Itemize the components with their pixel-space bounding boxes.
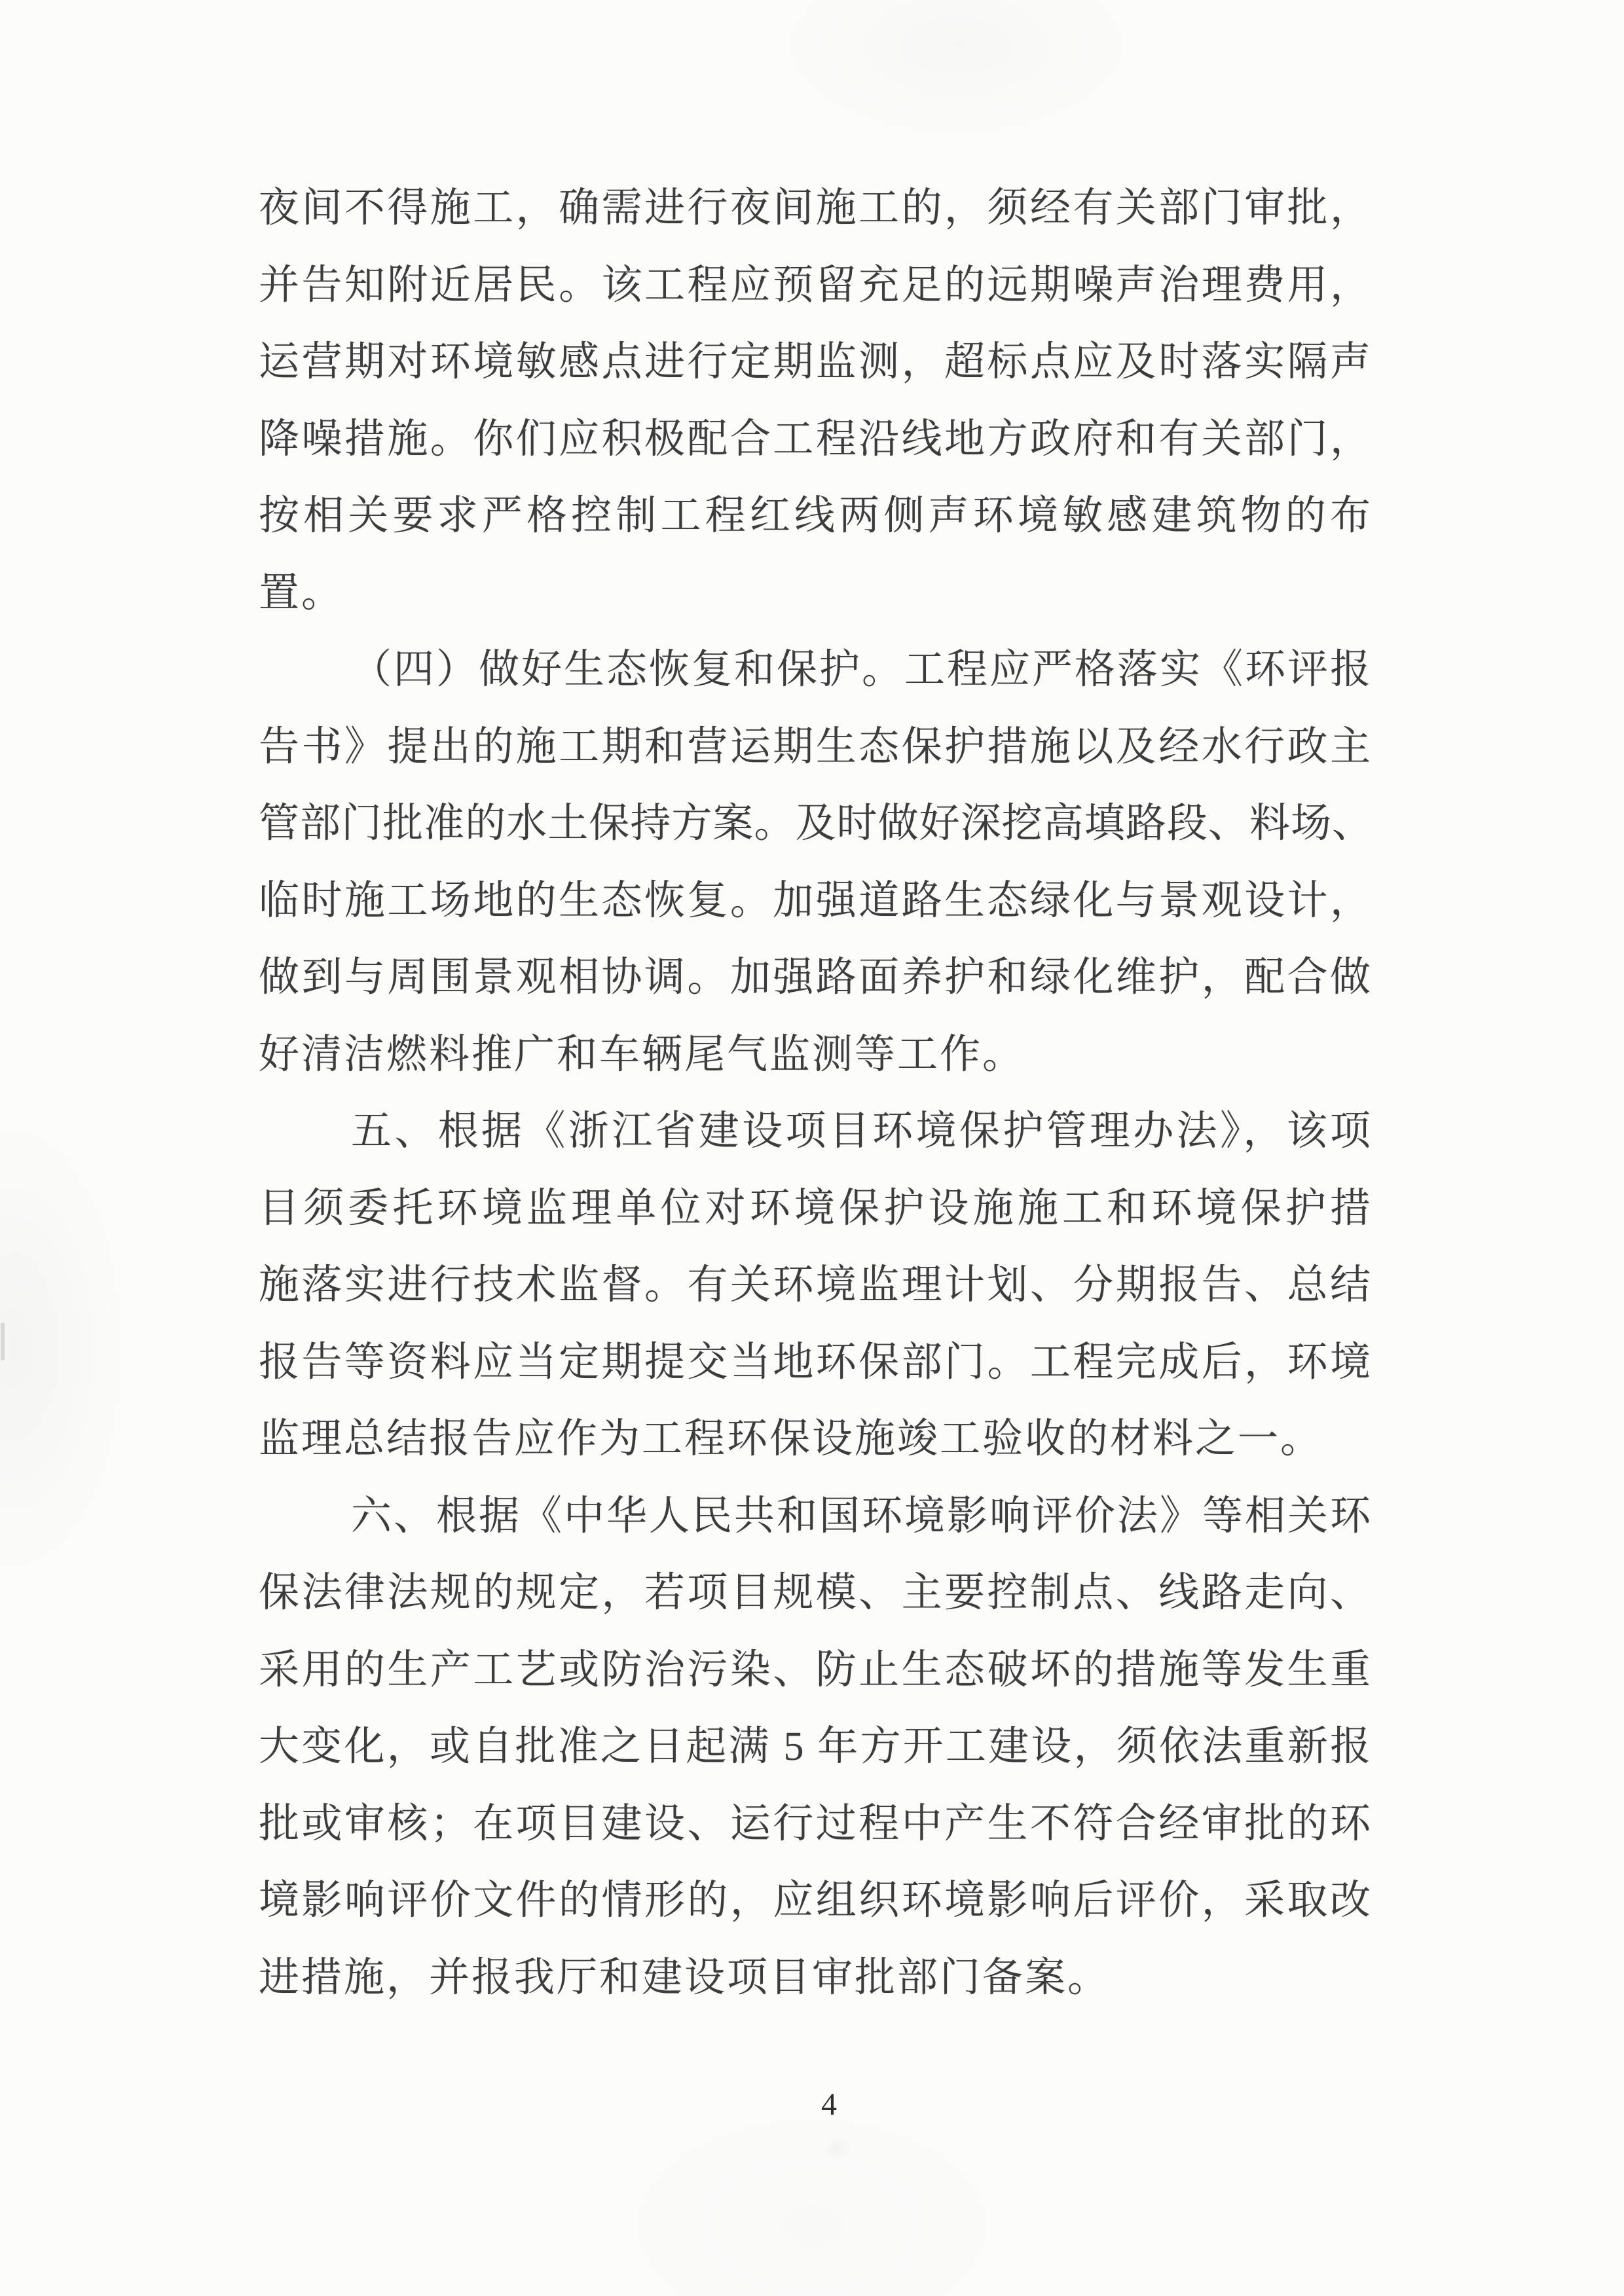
text-line: 目须委托环境监理单位对环境保护设施施工和环境保护措: [259, 1171, 1372, 1248]
text-line: 境影响评价文件的情形的，应组织环境影响后评价，采取改: [259, 1863, 1372, 1940]
scan-artifact-smudge: [822, 2136, 852, 2162]
text-line: 保法律法规的规定，若项目规模、主要控制点、线路走向、: [259, 1555, 1372, 1632]
text-line: 好清洁燃料推广和车辆尾气监测等工作。: [259, 1017, 1372, 1094]
body-text: 夜间不得施工，确需进行夜间施工的，须经有关部门审批， 并告知附近居民。该工程应预…: [259, 170, 1372, 2016]
text-line: 临时施工场地的生态恢复。加强道路生态绿化与景观设计，: [259, 863, 1372, 940]
text-line: 告书》提出的施工期和营运期生态保护措施以及经水行政主: [259, 709, 1372, 786]
text-line: 并告知附近居民。该工程应预留充足的远期噪声治理费用，: [259, 247, 1372, 325]
text-line: 降噪措施。你们应积极配合工程沿线地方政府和有关部门，: [259, 401, 1372, 479]
text-line: 施落实进行技术监督。有关环境监理计划、分期报告、总结: [259, 1247, 1372, 1324]
text-line: 批或审核；在项目建设、运行过程中产生不符合经审批的环: [259, 1786, 1372, 1863]
text-line: 置。: [259, 555, 1372, 632]
text-line paragraph-start: （四）做好生态恢复和保护。工程应严格落实《环评报: [259, 632, 1372, 709]
scan-artifact-edge-mark: [1, 1322, 5, 1360]
text-line: 大变化，或自批准之日起满 5 年方开工建设，须依法重新报: [259, 1709, 1372, 1786]
text-line paragraph-start: 五、根据《浙江省建设项目环境保护管理办法》，该项: [259, 1093, 1372, 1171]
text-line: 管部门批准的水土保持方案。及时做好深挖高填路段、料场、: [259, 786, 1372, 863]
text-line: 运营期对环境敏感点进行定期监测，超标点应及时落实隔声: [259, 324, 1372, 401]
text-line: 按相关要求严格控制工程红线两侧声环境敏感建筑物的布: [259, 478, 1372, 555]
text-line: 夜间不得施工，确需进行夜间施工的，须经有关部门审批，: [259, 170, 1372, 247]
text-line: 采用的生产工艺或防治污染、防止生态破坏的措施等发生重: [259, 1632, 1372, 1709]
document-page: 夜间不得施工，确需进行夜间施工的，须经有关部门审批， 并告知附近居民。该工程应预…: [0, 0, 1624, 2296]
text-line: 报告等资料应当定期提交当地环保部门。工程完成后，环境: [259, 1324, 1372, 1402]
scan-artifact-smudge: [932, 1800, 959, 1840]
text-line: 监理总结报告应作为工程环保设施竣工验收的材料之一。: [259, 1401, 1372, 1478]
page-number: 4: [17, 2085, 1624, 2124]
text-line paragraph-start: 六、根据《中华人民共和国环境影响评价法》等相关环: [259, 1478, 1372, 1556]
text-line: 进措施，并报我厅和建设项目审批部门备案。: [259, 1940, 1372, 2017]
text-line: 做到与周围景观相协调。加强路面养护和绿化维护，配合做: [259, 939, 1372, 1017]
